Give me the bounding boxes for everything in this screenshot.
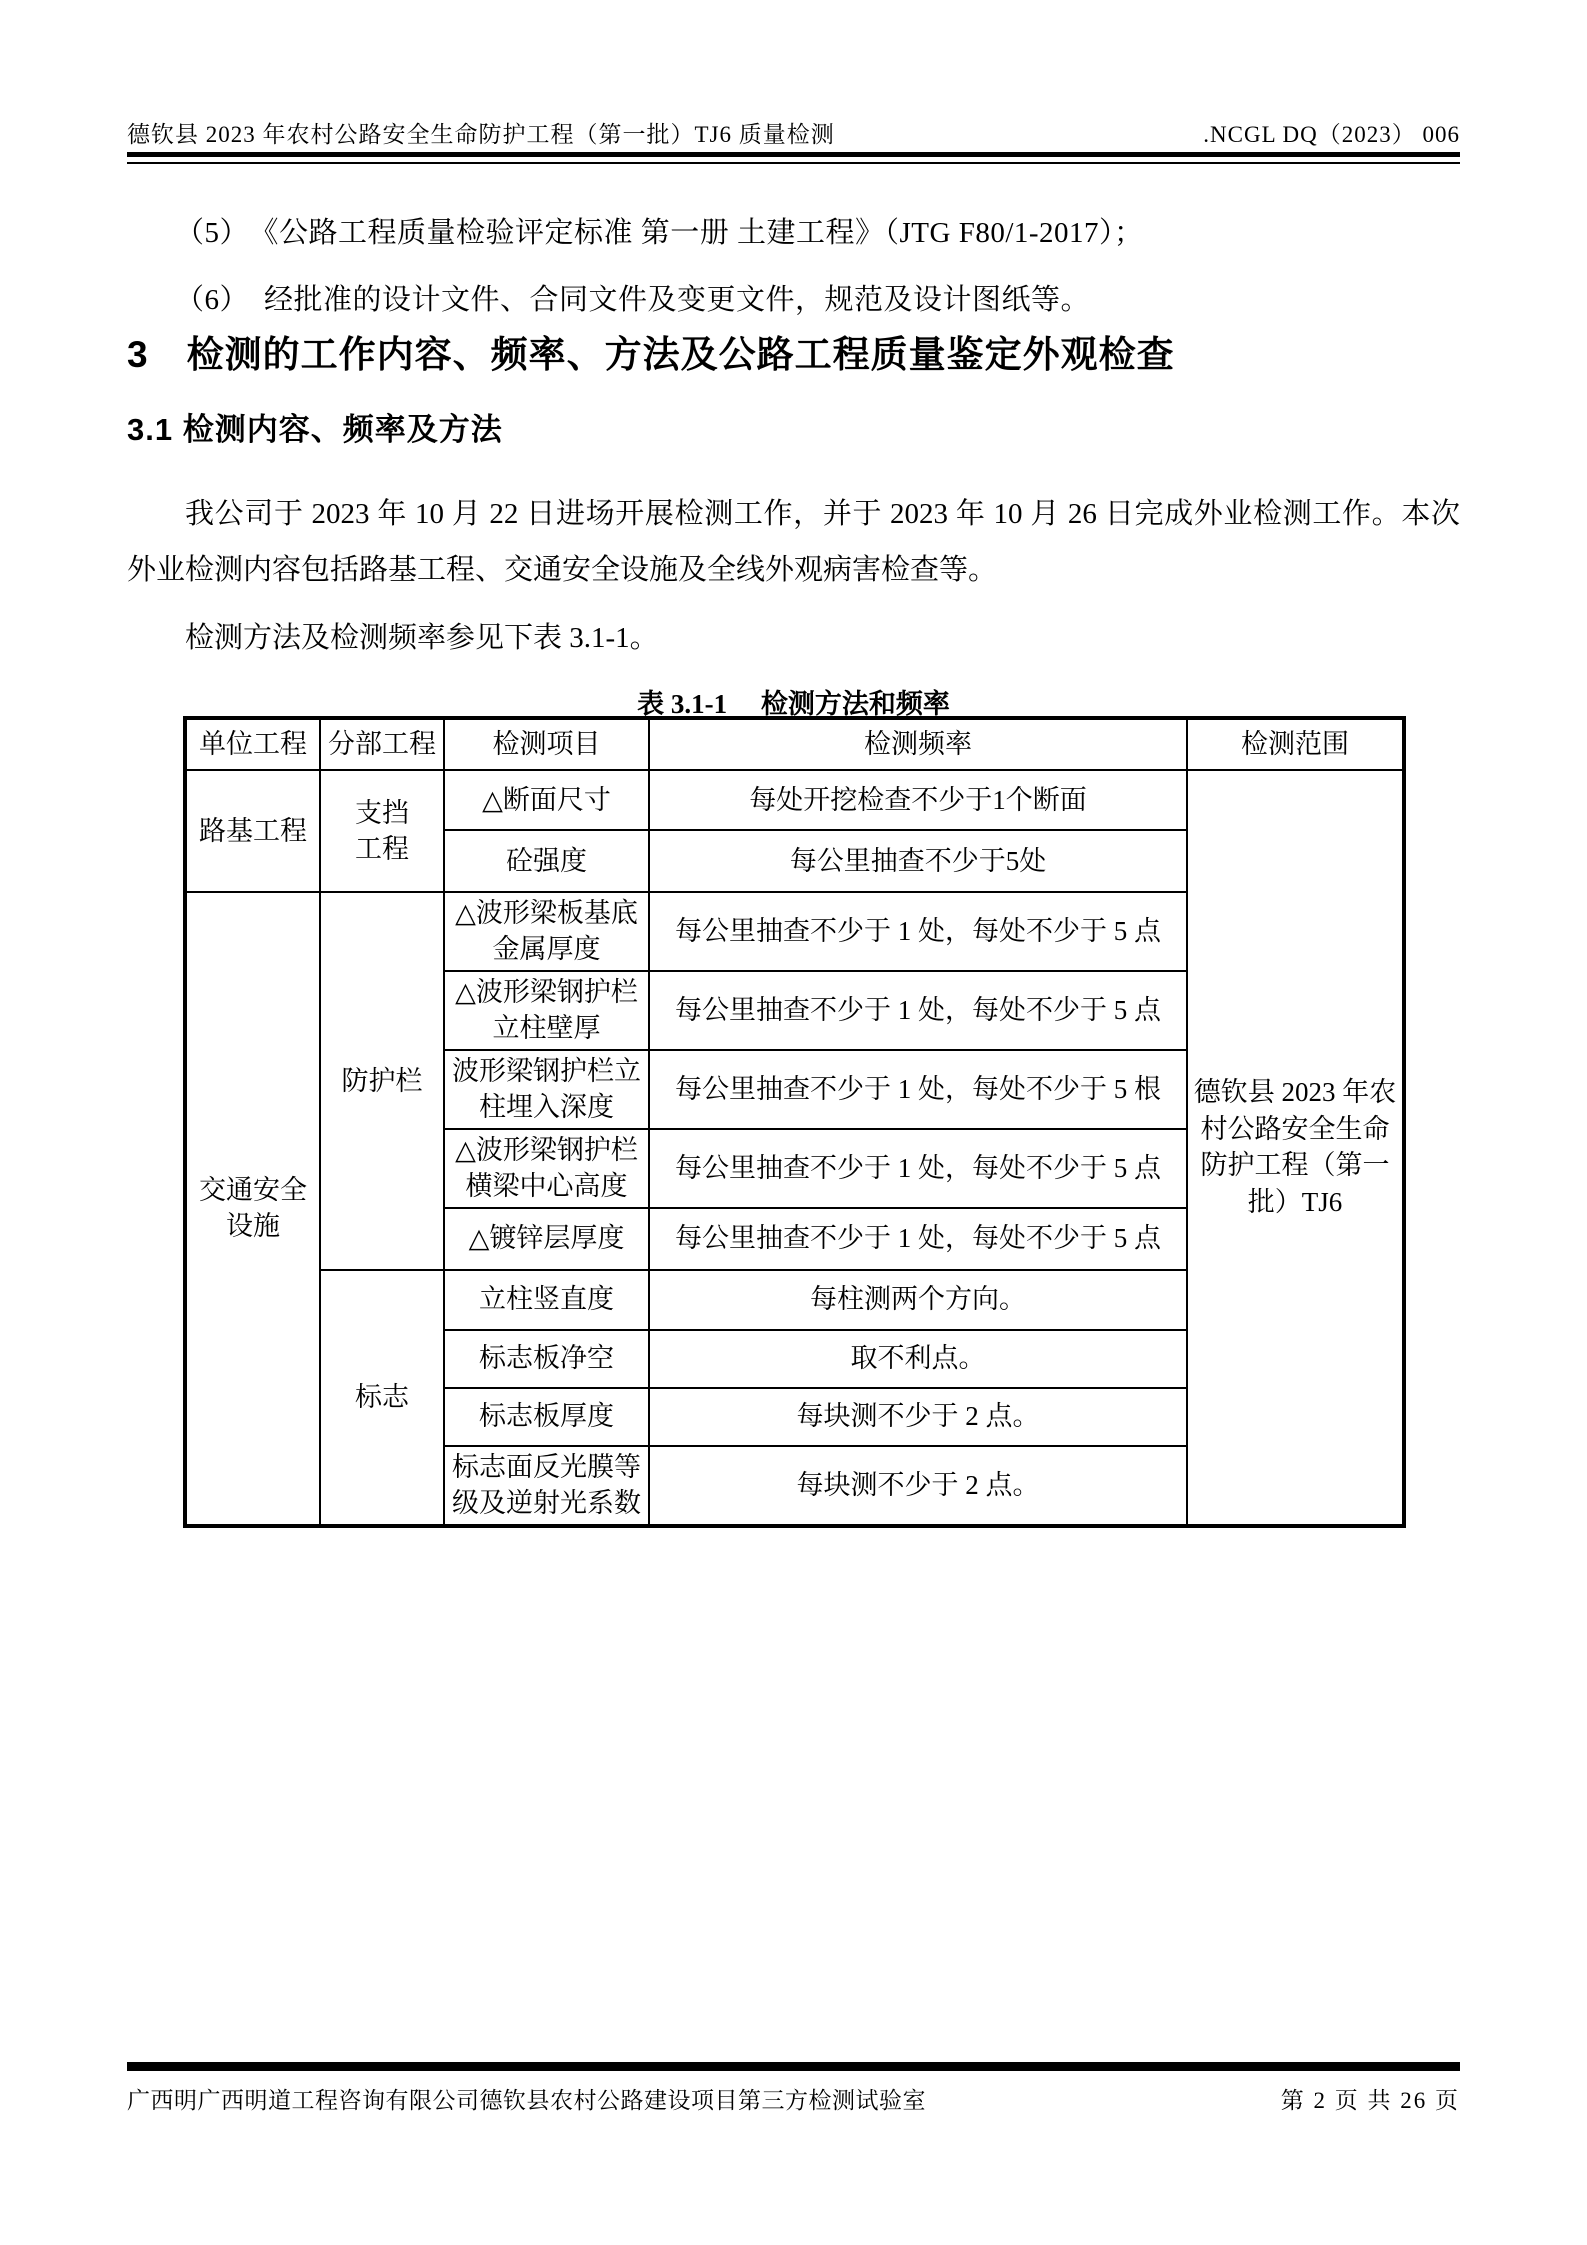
header-title: 德钦县 2023 年农村公路安全生命防护工程（第一批）TJ6 质量检测 — [127, 116, 835, 149]
cell-item: △波形梁钢护栏 横梁中心高度 — [444, 1129, 649, 1208]
section-heading-3-1: 3.1 检测内容、频率及方法 — [127, 404, 1460, 449]
cell-freq: 每公里抽查不少于 1 处，每处不少于 5 点 — [649, 1208, 1187, 1270]
cell-item: 砼强度 — [444, 830, 649, 892]
cell-item: △波形梁板基底 金属厚度 — [444, 892, 649, 971]
cell-item: 标志板厚度 — [444, 1388, 649, 1446]
header-doc-number: .NCGL DQ（2023） 006 — [1203, 116, 1460, 149]
col-header-sub: 分部工程 — [320, 718, 444, 770]
cell-freq: 每块测不少于 2 点。 — [649, 1388, 1187, 1446]
cell-item: 立柱竖直度 — [444, 1270, 649, 1330]
cell-item: 标志板净空 — [444, 1330, 649, 1388]
footer-organization: 广西明广西明道工程咨询有限公司德钦县农村公路建设项目第三方检测试验室 — [127, 2082, 926, 2115]
cell-freq: 每柱测两个方向。 — [649, 1270, 1187, 1330]
document-page: 德钦县 2023 年农村公路安全生命防护工程（第一批）TJ6 质量检测 .NCG… — [0, 0, 1587, 2245]
footer-rule — [127, 2062, 1460, 2071]
paragraph-2: 检测方法及检测频率参见下表 3.1-1。 — [127, 610, 1460, 666]
list-item-5: （5） 《公路工程质量检验评定标准 第一册 土建工程》（JTG F80/1-20… — [175, 210, 1460, 251]
paragraph-1: 我公司于 2023 年 10 月 22 日进场开展检测工作，并于 2023 年 … — [127, 486, 1460, 598]
section-heading-3: 3 检测的工作内容、频率、方法及公路工程质量鉴定外观检查 — [127, 324, 1460, 378]
cell-sub: 防护栏 — [320, 892, 444, 1270]
footer-page-number: 第 2 页 共 26 页 — [1281, 2082, 1460, 2115]
cell-freq: 每公里抽查不少于5处 — [649, 830, 1187, 892]
cell-freq: 取不利点。 — [649, 1330, 1187, 1388]
col-header-freq: 检测频率 — [649, 718, 1187, 770]
cell-freq: 每公里抽查不少于 1 处，每处不少于 5 点 — [649, 971, 1187, 1050]
cell-freq: 每公里抽查不少于 1 处，每处不少于 5 点 — [649, 892, 1187, 971]
table-row: 路基工程 支挡 工程 △断面尺寸 每处开挖检查不少于1个断面 德钦县 2023 … — [185, 770, 1404, 830]
cell-freq: 每公里抽查不少于 1 处，每处不少于 5 点 — [649, 1129, 1187, 1208]
col-header-unit: 单位工程 — [185, 718, 320, 770]
col-header-scope: 检测范围 — [1187, 718, 1404, 770]
cell-item: △断面尺寸 — [444, 770, 649, 830]
cell-sub: 标志 — [320, 1270, 444, 1526]
cell-sub: 支挡 工程 — [320, 770, 444, 892]
cell-unit: 路基工程 — [185, 770, 320, 892]
list-item-6: （6） 经批准的设计文件、合同文件及变更文件，规范及设计图纸等。 — [175, 277, 1460, 318]
cell-item: 波形梁钢护栏立 柱埋入深度 — [444, 1050, 649, 1129]
table-header-row: 单位工程 分部工程 检测项目 检测频率 检测范围 — [185, 718, 1404, 770]
header-rule — [127, 152, 1460, 164]
col-header-item: 检测项目 — [444, 718, 649, 770]
cell-unit: 交通安全 设施 — [185, 892, 320, 1526]
cell-item: 标志面反光膜等 级及逆射光系数 — [444, 1446, 649, 1526]
cell-item: △镀锌层厚度 — [444, 1208, 649, 1270]
cell-freq: 每处开挖检查不少于1个断面 — [649, 770, 1187, 830]
cell-freq: 每块测不少于 2 点。 — [649, 1446, 1187, 1526]
cell-item: △波形梁钢护栏 立柱壁厚 — [444, 971, 649, 1050]
inspection-table: 单位工程 分部工程 检测项目 检测频率 检测范围 路基工程 支挡 工程 △断面尺… — [183, 716, 1406, 1528]
cell-freq: 每公里抽查不少于 1 处，每处不少于 5 根 — [649, 1050, 1187, 1129]
cell-scope: 德钦县 2023 年农 村公路安全生命 防护工程（第一 批）TJ6 — [1187, 770, 1404, 1526]
